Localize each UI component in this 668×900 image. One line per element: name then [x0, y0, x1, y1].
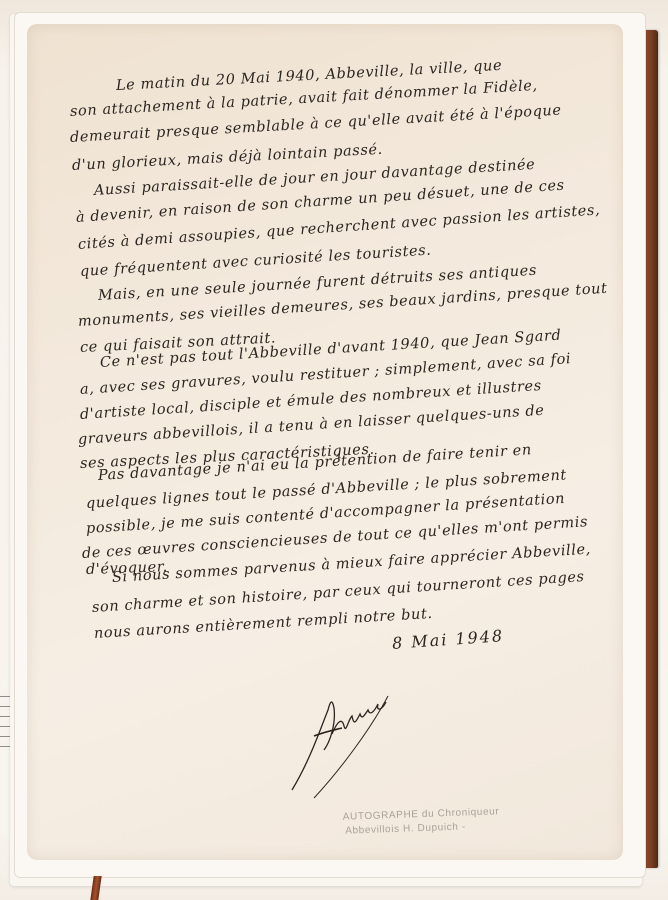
signature-icon — [290, 690, 430, 800]
pencil-annotation: AUTOGRAPHE du Chroniqueur Abbevillois H.… — [343, 805, 500, 838]
handwritten-text: Le matin du 20 Mai 1940, Abbeville, la v… — [0, 0, 668, 900]
letter-date: 8 Mai 1948 — [391, 626, 504, 653]
